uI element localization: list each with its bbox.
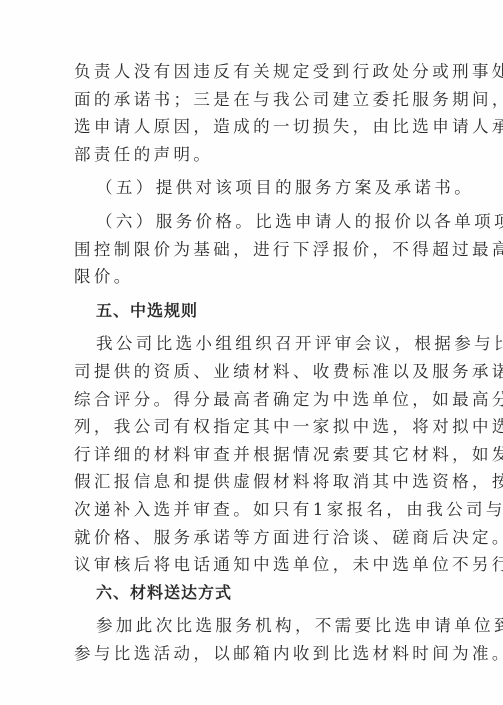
document-body: 负责人没有因违反有关规定受到行政处分或刑事处罚方 面的承诺书；三是在与我公司建立… [74,58,436,667]
section-heading-material-delivery: 六、材料送达方式 [74,579,436,607]
text-line: 次递补入选并审查。如只有1家报名，由我公司与该单位 [74,496,436,524]
text-line: 选申请人原因，造成的一切损失，由比选申请人承担全 [74,113,436,141]
text-line: 参与比选活动，以邮箱内收到比选材料时间为准。参加比 [74,640,436,668]
paragraph-commitment-continued: 负责人没有因违反有关规定受到行政处分或刑事处罚方 面的承诺书；三是在与我公司建立… [74,58,436,168]
text-line: 我公司比选小组组织召开评审会议，根据参与比选公 [74,330,436,358]
paragraph-item-5: （五）提供对该项目的服务方案及承诺书。 [74,174,436,202]
text-line: 行详细的材料审查并根据情况索要其它材料，如发现有虚 [74,441,436,469]
text-line: 围控制限价为基础，进行下浮报价，不得超过最高控制 [74,236,436,264]
paragraph-material-delivery: 参加此次比选服务机构，不需要比选申请单位到现场 参与比选活动，以邮箱内收到比选材… [74,612,436,667]
text-line: 就价格、服务承诺等方面进行洽谈、磋商后决定。评审会 [74,524,436,552]
paragraph-selection-rules: 我公司比选小组组织召开评审会议，根据参与比选公 司提供的资质、业绩材料、收费标准… [74,330,436,578]
paragraph-item-6: （六）服务价格。比选申请人的报价以各单项项目范 围控制限价为基础，进行下浮报价，… [74,208,436,291]
text-line: 限价。 [74,263,436,291]
text-line: 议审核后将电话通知中选单位，未中选单位不另行通知。 [74,551,436,579]
text-line: 司提供的资质、业绩材料、收费标准以及服务承诺等情况 [74,358,436,386]
text-line: 负责人没有因违反有关规定受到行政处分或刑事处罚方 [74,58,436,86]
section-heading-selection-rules: 五、中选规则 [74,297,436,325]
text-line: 列，我公司有权指定其中一家拟中选，将对拟中选单位进 [74,413,436,441]
text-line: 假汇报信息和提供虚假材料将取消其中选资格，按名次依 [74,468,436,496]
text-line: 综合评分。得分最高者确定为中选单位，如最高分出现并 [74,386,436,414]
text-line: 参加此次比选服务机构，不需要比选申请单位到现场 [74,612,436,640]
text-line: （五）提供对该项目的服务方案及承诺书。 [74,174,436,202]
text-line: 面的承诺书；三是在与我公司建立委托服务期间，因比 [74,86,436,114]
text-line: 部责任的声明。 [74,141,436,169]
document-page: 负责人没有因违反有关规定受到行政处分或刑事处罚方 面的承诺书；三是在与我公司建立… [0,0,503,705]
text-line: （六）服务价格。比选申请人的报价以各单项项目范 [74,208,436,236]
